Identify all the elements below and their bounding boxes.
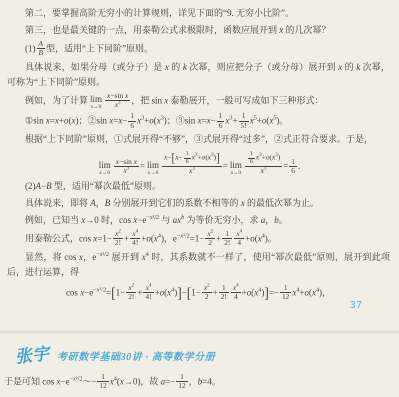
para-example-sinx: 例如，为了计算limx→0x−sin xx3，把 sin x 泰勒展开，一般可写… xyxy=(7,91,390,111)
brand-header: 张宇 考研数学基础30讲 · 高等数学分册 xyxy=(0,347,399,364)
next-page-top: 张宇 考研数学基础30讲 · 高等数学分册 于是可知 cos x−e−x²/2～… xyxy=(0,347,399,391)
sin-expansion-forms: ①sin x=x+o(x)；②sin x=x−16x3+o(x3)；③sin x… xyxy=(7,111,390,131)
para-rule-detail: 具体说来，如果分母（或分子）是 x 的 k 次幂，则应把分子（或分母）展开到 x… xyxy=(7,59,390,91)
rule-a-minus-b: (2)A−B 型，适用“幂次最低”原则。 xyxy=(7,178,390,195)
para-example-cosx: 例如，已知当 x→0 时，cos x−e−x²/2 与 axb 为等价无穷小，求… xyxy=(7,212,390,229)
rule-a-over-b: (1)AB型，适用“上下同阶”原则。 xyxy=(7,39,390,59)
para-third-point: 第三，也是最关键的一点，用泰勒公式求极限时，函数应展开到 x 的几次幂？ xyxy=(7,22,390,39)
para-conclusion: 于是可知 cos x−e−x²/2～−112x4(x→0)，故 a=−112，b… xyxy=(0,373,399,391)
page-number: 37 xyxy=(350,300,362,311)
para-lowest-power-note: 显然，将 cos x，e−x²/2 展开到 x4 时，其系数就不一样了，使用“幂… xyxy=(7,249,390,281)
para-ab-detail: 具体说来，即将 A，B 分别展开到它们的系数不相等的 x 的最低次幂为止。 xyxy=(7,195,390,212)
para-taylor-expansions: 用泰勒公式，cos x=1−x22!+x44!+o(x4)，e−x²/2=1−x… xyxy=(7,229,390,249)
equation-limit-sinx: limx→0x−sin xx3=limx→0x−[x−16x3+o(x3)]x3… xyxy=(7,151,390,176)
page-37-body: 第二，要掌握高阶无穷小的计算规则，详见下面的“9. 无穷小比阶”。 第三，也是最… xyxy=(0,0,399,302)
equation-cos-expansion: cos x−e−x²/2=[1−x22!+x44!+o(x4)]−[1−x22+… xyxy=(7,284,390,302)
page-seam-divider xyxy=(0,331,399,334)
para-second-point: 第二，要掌握高阶无穷小的计算规则，详见下面的“9. 无穷小比阶”。 xyxy=(7,5,390,22)
zhangyu-signature-logo: 张宇 xyxy=(14,345,50,365)
scanned-textbook-page: 第二，要掌握高阶无穷小的计算规则，详见下面的“9. 无穷小比阶”。 第三，也是最… xyxy=(0,0,399,397)
para-principle-check: 根据“上下同阶”原则，①式展开得“不够”，③式展开得“过多”，②式正符合要求。于… xyxy=(7,131,390,148)
series-title: 考研数学基础30讲 · 高等数学分册 xyxy=(57,348,215,363)
